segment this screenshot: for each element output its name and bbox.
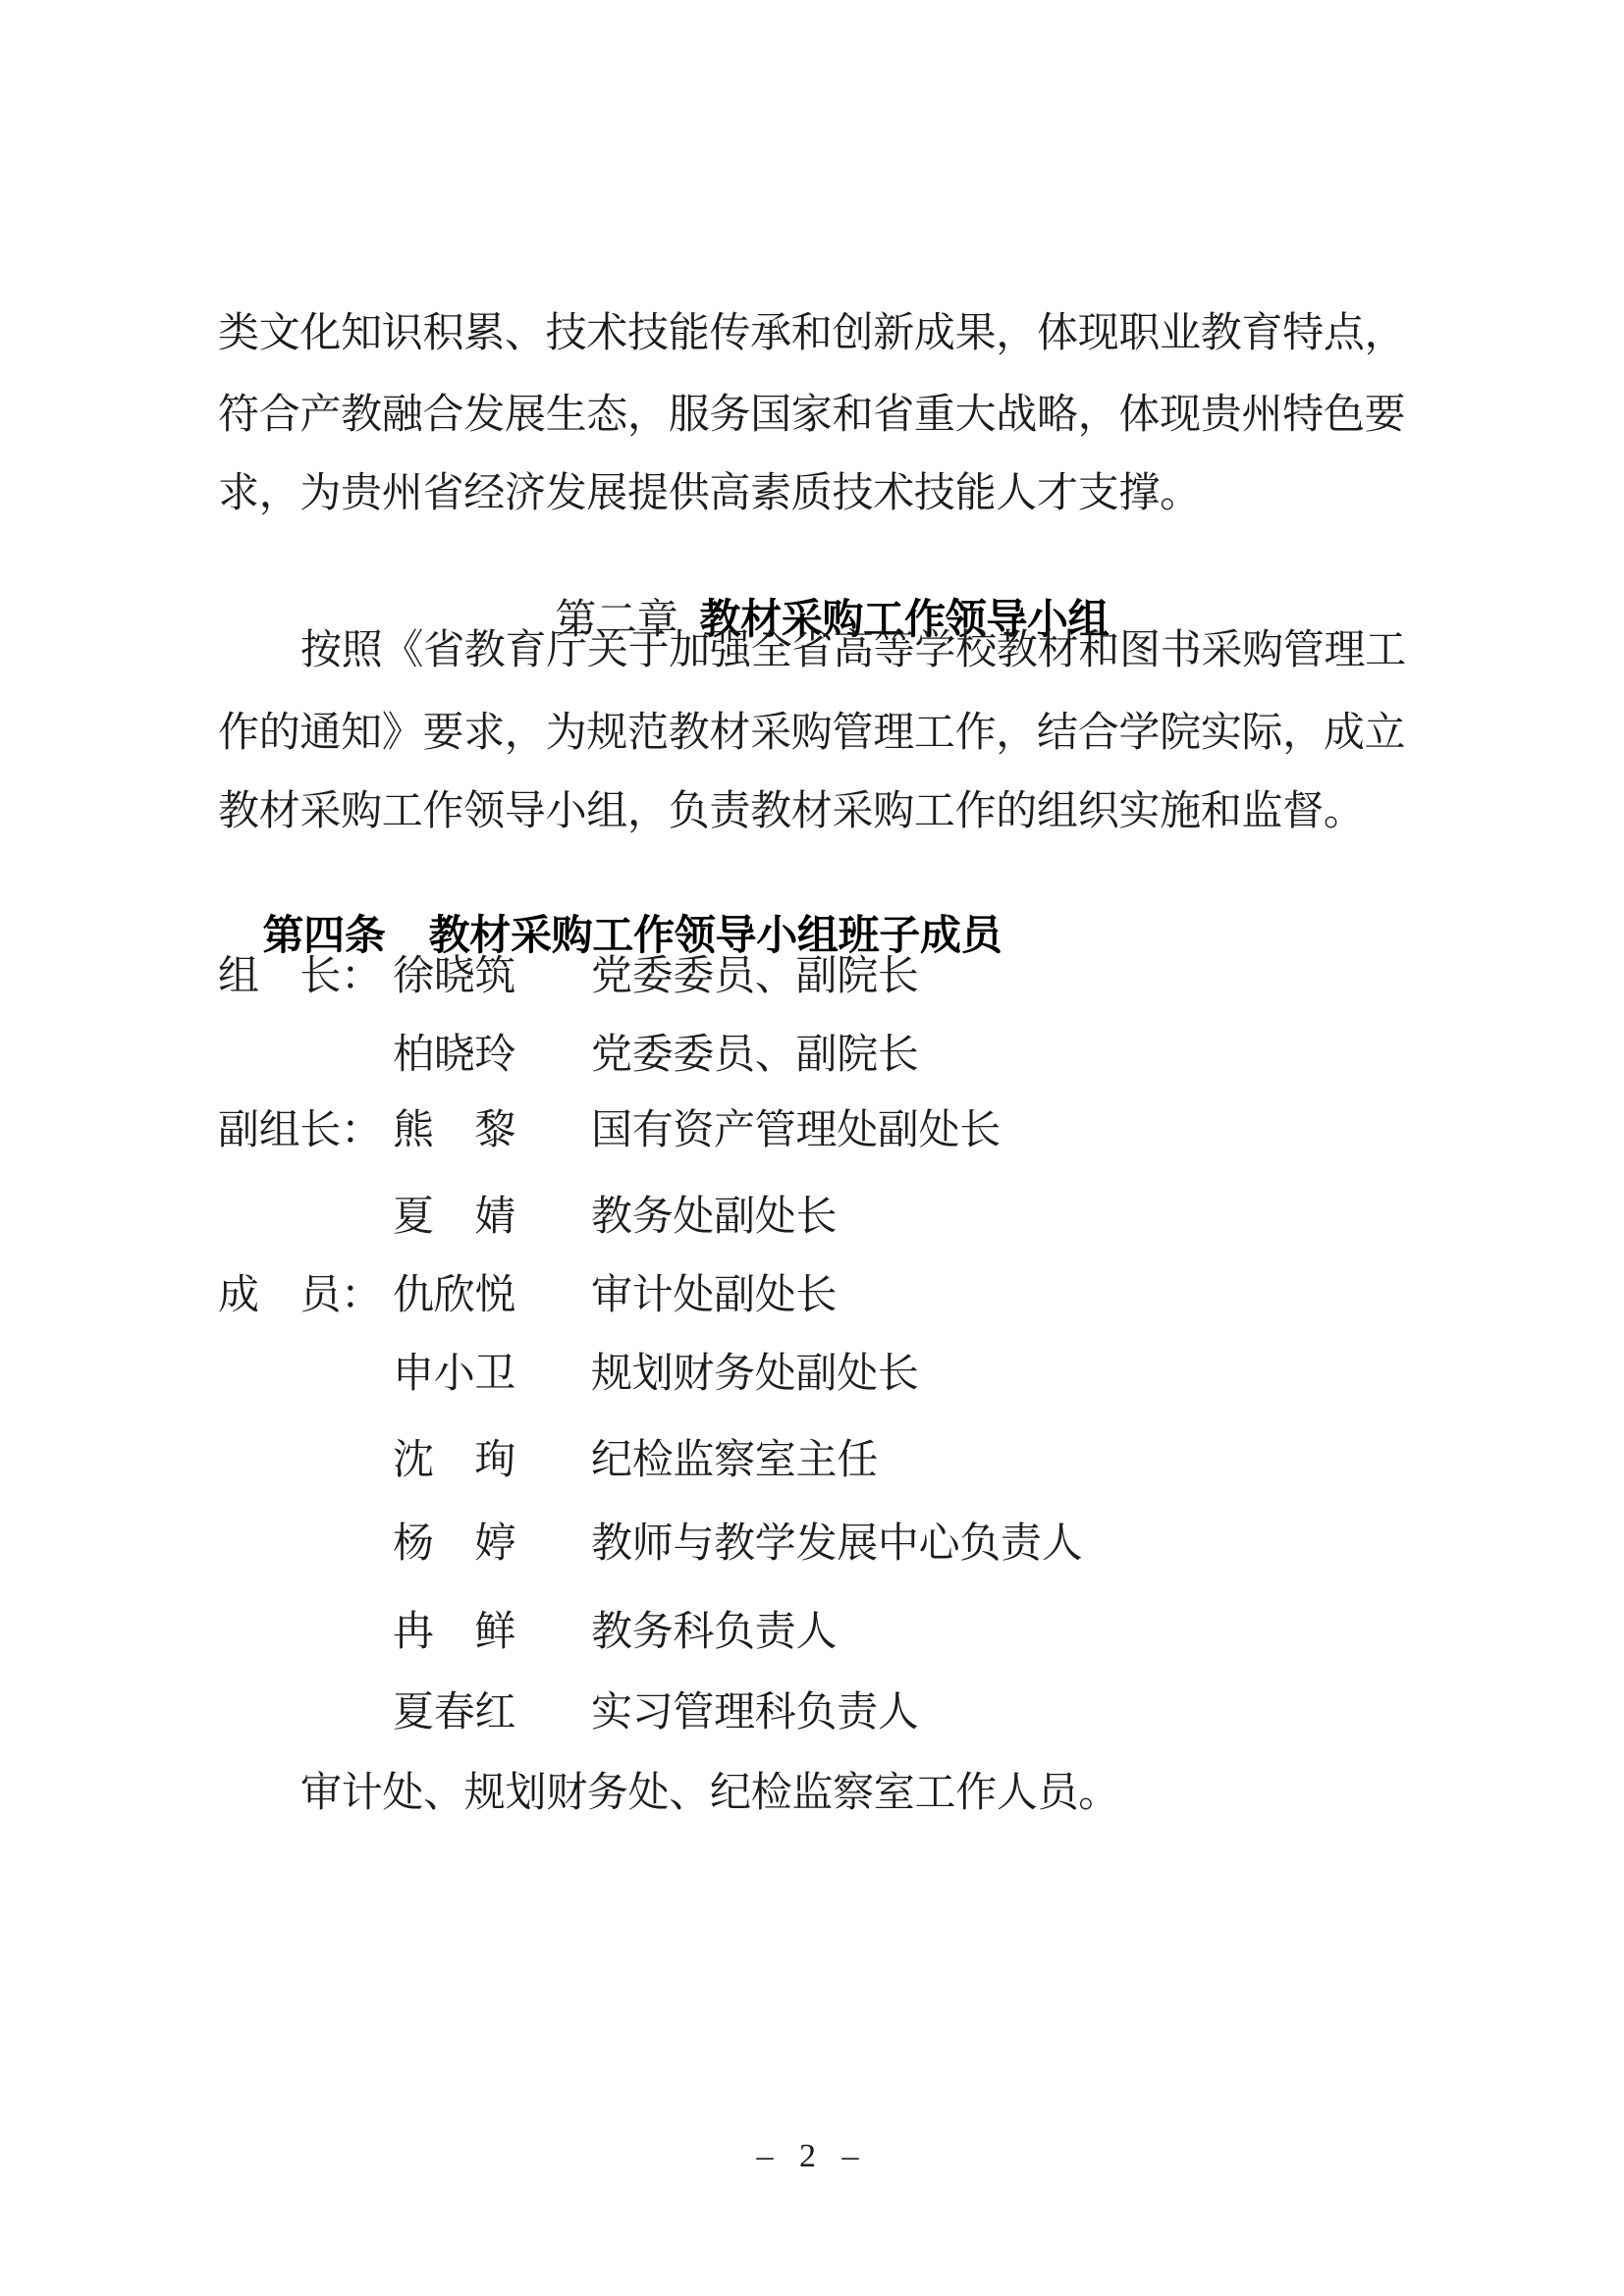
- member-name: 冉 鲜: [393, 1599, 515, 1658]
- roster-row: 组 长： 徐晓筑 党委委员、副院长: [218, 943, 1406, 994]
- basis-paragraph-line-3: 教材采购工作领导小组，负责教材采购工作的组织实施和监督。: [218, 788, 1365, 835]
- roster-row: 申小卫 规划财务处副处长: [218, 1341, 1406, 1392]
- member-name: 夏 婧: [393, 1184, 515, 1243]
- roster-row: 夏春红 实习管理科负责人: [218, 1680, 1406, 1731]
- document-page: 类文化知识积累、技术技能传承和创新成果，体现职业教育特点， 符合产教融合发展生态…: [0, 0, 1624, 2296]
- member-name: 熊 黎: [393, 1097, 515, 1156]
- closing-line: 审计处、规划财务处、纪检监察室工作人员。: [300, 1770, 1119, 1817]
- member-title: 国有资产管理处副处长: [591, 1097, 1001, 1156]
- roster-row: 副组长： 熊 黎 国有资产管理处副处长: [218, 1097, 1406, 1148]
- member-name: 杨 婷: [393, 1511, 515, 1570]
- member-name: 仇欣悦: [393, 1262, 515, 1321]
- page-number: – 2 –: [218, 2138, 1406, 2175]
- intro-paragraph-line-2: 符合产教融合发展生态，服务国家和省重大战略，体现贵州特色要: [218, 392, 1405, 439]
- member-name: 申小卫: [393, 1341, 515, 1400]
- role-label: 组 长：: [218, 943, 382, 1002]
- roster-row: 夏 婧 教务处副处长: [218, 1184, 1406, 1235]
- intro-paragraph-line-1: 类文化知识积累、技术技能传承和创新成果，体现职业教育特点，: [218, 310, 1405, 357]
- member-title: 教务科负责人: [591, 1599, 837, 1658]
- roster-row: 柏晓玲 党委委员、副院长: [218, 1022, 1406, 1073]
- roster-row: 沈 珣 纪检监察室主任: [218, 1427, 1406, 1478]
- role-label: 成 员：: [218, 1262, 382, 1321]
- member-name: 徐晓筑: [393, 943, 515, 1002]
- intro-paragraph-line-3: 求，为贵州省经济发展提供高素质技术技能人才支撑。: [218, 470, 1201, 517]
- member-title: 教师与教学发展中心负责人: [591, 1511, 1082, 1570]
- basis-paragraph-line-2: 作的通知》要求，为规范教材采购管理工作，结合学院实际，成立: [218, 710, 1405, 757]
- member-title: 党委委员、副院长: [591, 943, 919, 1002]
- basis-paragraph-line-1: 按照《省教育厅关于加强全省高等学校教材和图书采购管理工: [300, 627, 1406, 674]
- member-title: 审计处副处长: [591, 1262, 837, 1321]
- member-title: 党委委员、副院长: [591, 1022, 919, 1081]
- roster-row: 成 员： 仇欣悦 审计处副处长: [218, 1262, 1406, 1313]
- member-name: 柏晓玲: [393, 1022, 515, 1081]
- member-name: 沈 珣: [393, 1427, 515, 1486]
- member-title: 实习管理科负责人: [591, 1680, 919, 1738]
- member-title: 教务处副处长: [591, 1184, 837, 1243]
- roster-row: 杨 婷 教师与教学发展中心负责人: [218, 1511, 1406, 1562]
- role-label: 副组长：: [218, 1097, 382, 1156]
- member-title: 纪检监察室主任: [591, 1427, 878, 1486]
- member-title: 规划财务处副处长: [591, 1341, 919, 1400]
- member-name: 夏春红: [393, 1680, 515, 1738]
- roster-row: 冉 鲜 教务科负责人: [218, 1599, 1406, 1650]
